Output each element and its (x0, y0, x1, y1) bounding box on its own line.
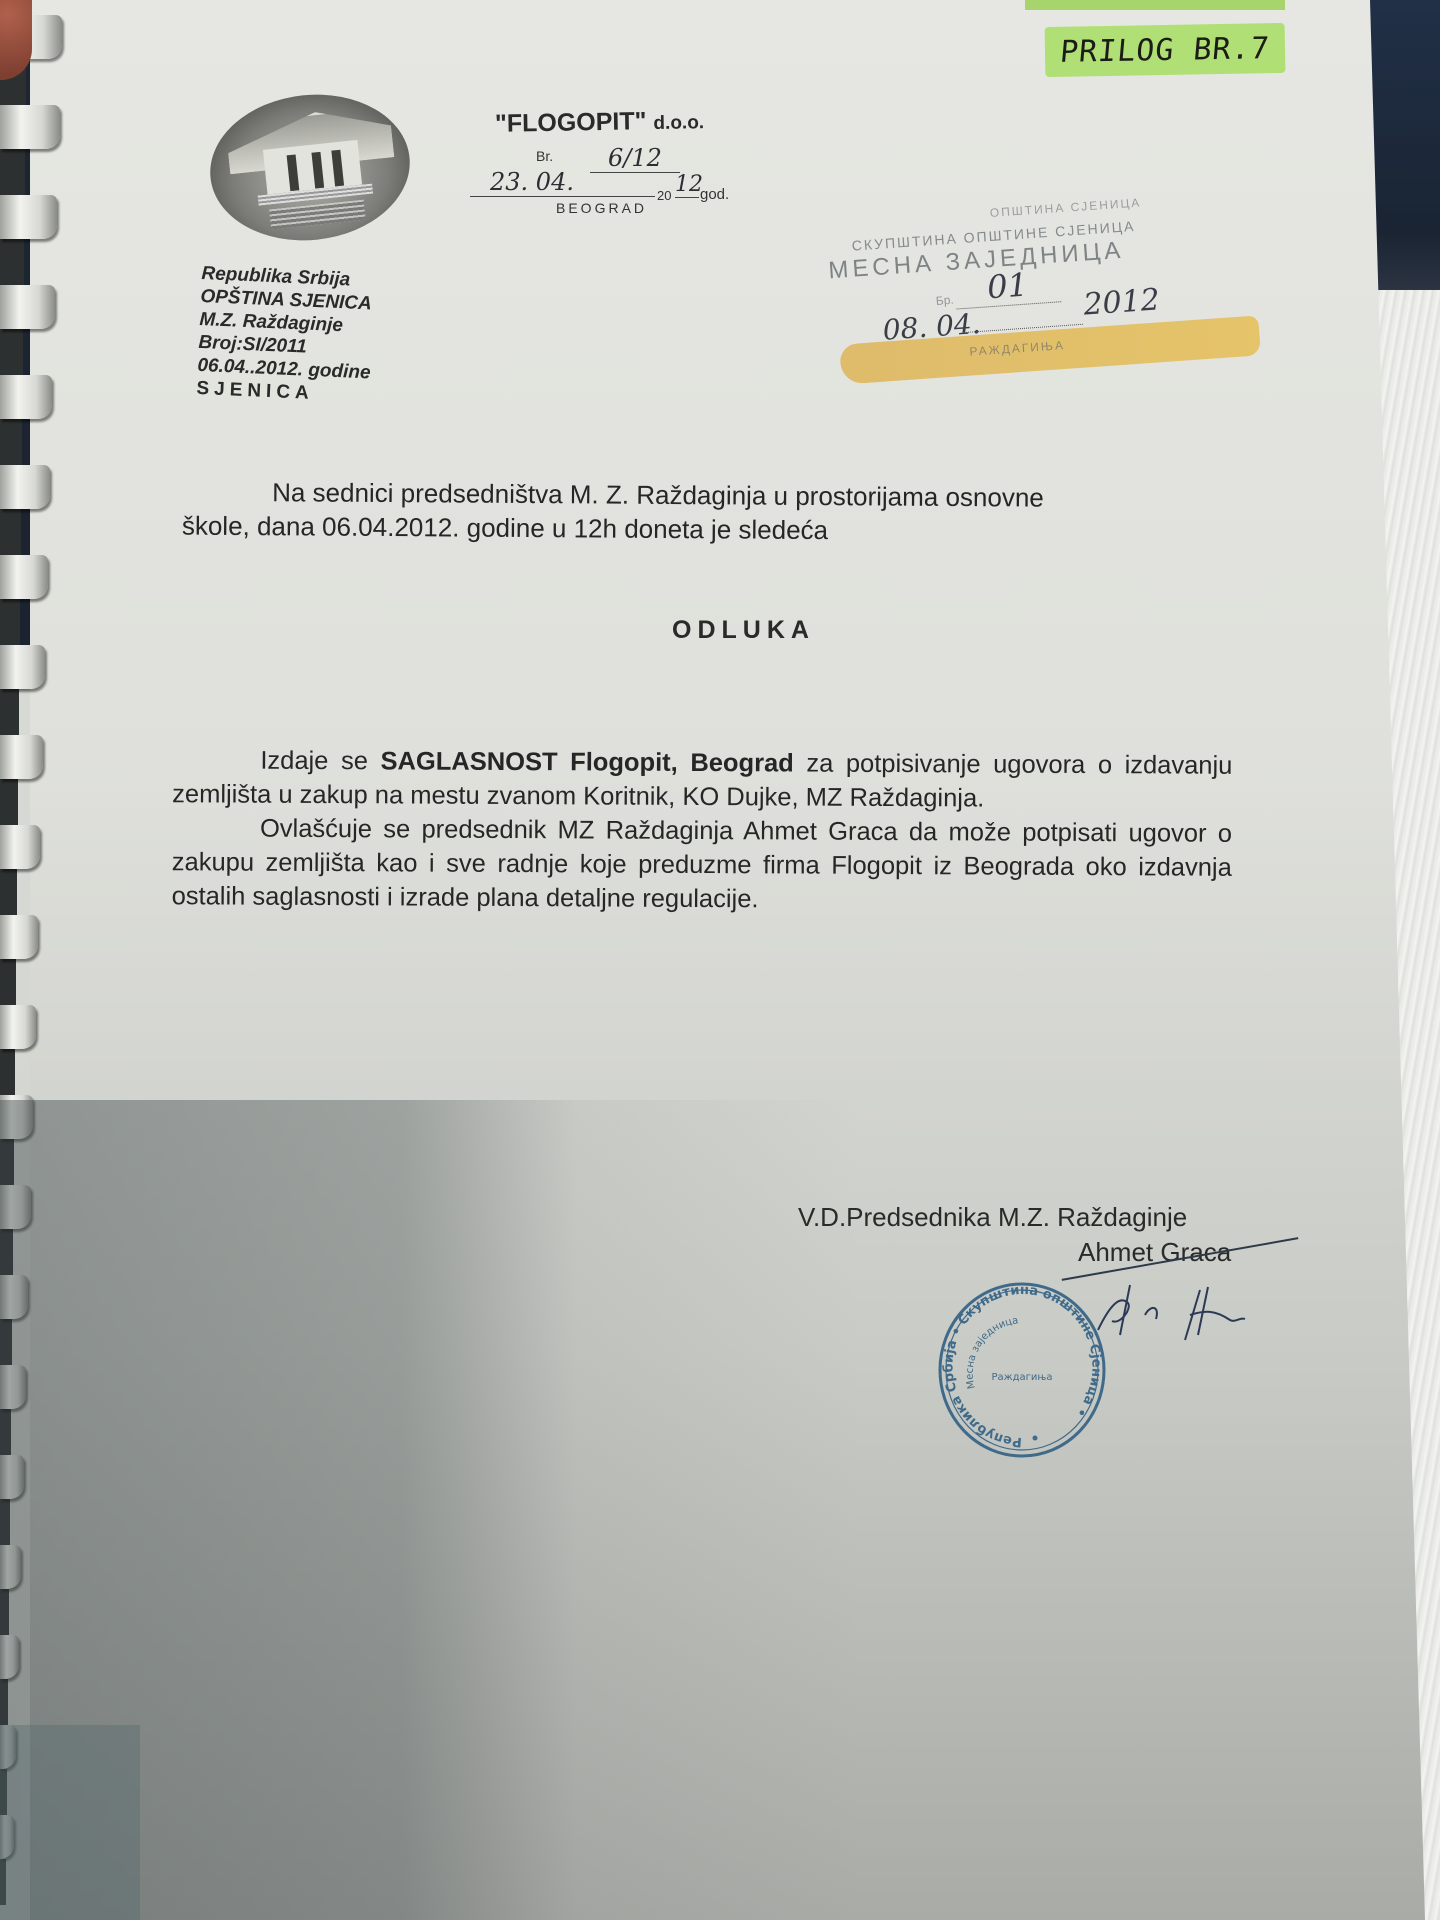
br-label: Br. (536, 148, 553, 164)
company-city: BEOGRAD (556, 200, 647, 216)
incoming-date: 23. 04. (470, 168, 655, 197)
decision-paragraph-2: Ovlašćuje se predsednik MZ Raždaginja Ah… (172, 811, 1233, 919)
decision-body: Izdaje se SAGLASNOST Flogopit, Beograd z… (172, 743, 1233, 919)
company-title: "FLOGOPIT" (495, 107, 647, 138)
municipality-logo (203, 85, 417, 250)
company-suffix: d.o.o. (653, 112, 704, 134)
company-name: "FLOGOPIT" d.o.o. (495, 106, 705, 139)
seal-center-text: Раждагиња (991, 1372, 1052, 1383)
document-title: ODLUKA (672, 616, 815, 645)
document-content: PRILOG BR.7 "FLOGOPIT" d.o.o. Br. 6/12 2… (0, 0, 1440, 1920)
stamp-number: 01 (954, 263, 1061, 309)
decision-paragraph-1: Izdaje se SAGLASNOST Flogopit, Beograd z… (172, 743, 1232, 817)
stamp-place: РАЖДАГИЊА (969, 338, 1065, 359)
year-prefix: 20 (657, 188, 671, 203)
intro-line-2: škole, dana 06.04.2012. godine u 12h don… (182, 509, 1162, 550)
official-seal: Република Србија • Скупштина општине Сје… (935, 1278, 1110, 1463)
attachment-label: PRILOG BR.7 (1059, 31, 1272, 70)
god-label: god. (700, 186, 729, 203)
photo-scene: PRILOG BR.7 "FLOGOPIT" d.o.o. Br. 6/12 2… (0, 0, 1440, 1920)
year-short: 12 (675, 172, 699, 198)
handwritten-signature (1090, 1275, 1250, 1345)
signatory-role: V.D.Predsednika M.Z. Raždaginje (798, 1202, 1187, 1233)
shadow-overlay-corner (0, 1725, 140, 1920)
stamp-date: 08. 04. (882, 307, 982, 347)
intro-paragraph: Na sednici predsedništva M. Z. Raždaginj… (182, 475, 1162, 550)
registry-stamp: ОПШТИНА СЈЕНИЦА СКУПШТИНА ОПШТИНЕ СЈЕНИЦ… (814, 180, 1256, 390)
attachment-sticker: PRILOG BR.7 (1045, 23, 1286, 77)
stamp-year: 2012 (1082, 282, 1161, 322)
sender-header: Republika Srbija OPŠTINA SJENICA M.Z. Ra… (196, 262, 375, 407)
stamp-br-label: Бр. (935, 293, 954, 308)
stamp-line-1: ОПШТИНА СЈЕНИЦА (989, 195, 1141, 220)
consent-bold: SAGLASNOST Flogopit, Beograd (380, 747, 793, 777)
